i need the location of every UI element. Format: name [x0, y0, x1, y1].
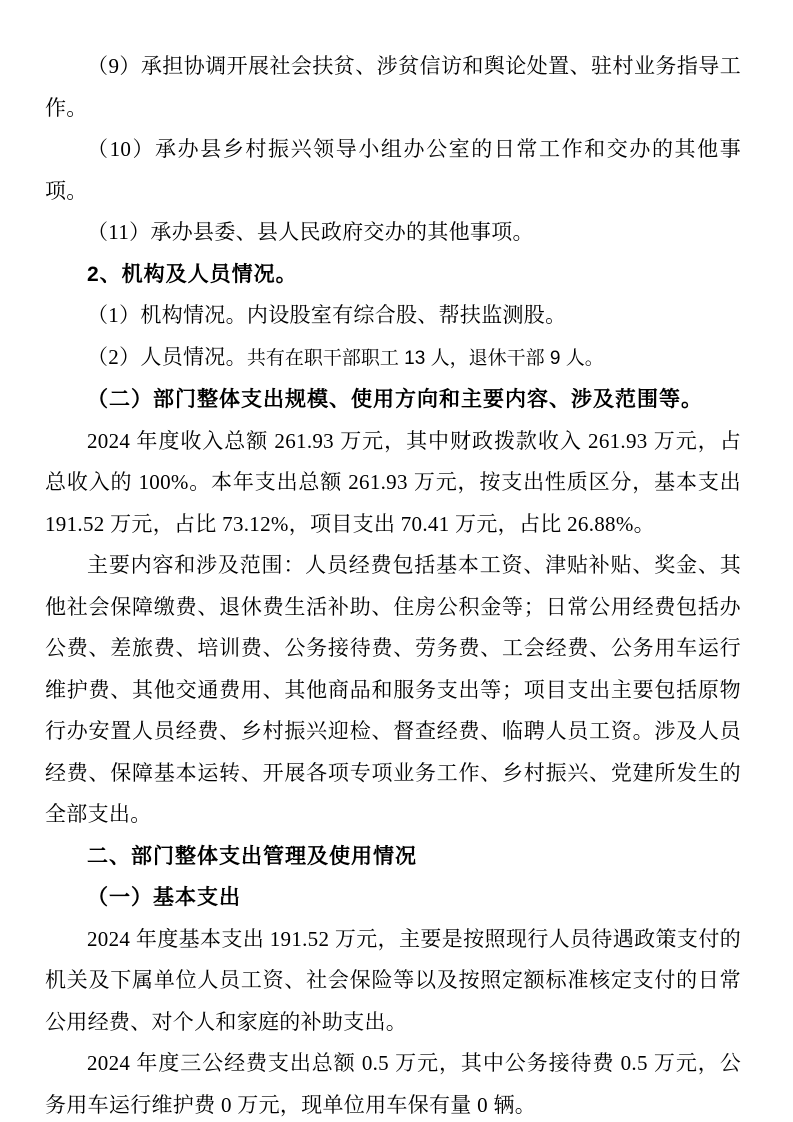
paragraph-detail-run: 共有在职干部职工 13 人，退休干部 9 人。 — [247, 348, 604, 369]
document-body: （9）承担协调开展社会扶贫、涉贫信访和舆论处置、驻村业务指导工作。 （10）承办… — [0, 0, 793, 1122]
para-income-expenditure-totals: 2024 年度收入总额 261.93 万元，其中财政拨款收入 261.93 万元… — [45, 421, 741, 546]
list-item-duty-10: （10）承办县乡村振兴领导小组办公室的日常工作和交办的其他事项。 — [45, 129, 741, 212]
paragraph-lead-run: （2）人员情况。 — [87, 345, 247, 369]
heading-basic-expenditure: （一）基本支出 — [45, 877, 741, 919]
list-item-duty-11: （11）承办县委、县人民政府交办的其他事项。 — [45, 212, 741, 254]
list-item-duty-9: （9）承担协调开展社会扶贫、涉贫信访和舆论处置、驻村业务指导工作。 — [45, 46, 741, 129]
list-item-personnel-situation: （2）人员情况。共有在职干部职工 13 人，退休干部 9 人。 — [45, 337, 741, 380]
document-page: （9）承担协调开展社会扶贫、涉贫信访和舆论处置、驻村业务指导工作。 （10）承办… — [0, 0, 793, 1122]
heading-part-two-management: 二、部门整体支出管理及使用情况 — [45, 836, 741, 878]
heading-expenditure-scale: （二）部门整体支出规模、使用方向和主要内容、涉及范围等。 — [45, 379, 741, 421]
heading-org-personnel: 2、机构及人员情况。 — [45, 254, 741, 296]
para-three-public-funds: 2024 年度三公经费支出总额 0.5 万元，其中公务接待费 0.5 万元，公务… — [45, 1043, 741, 1122]
para-basic-expenditure-detail: 2024 年度基本支出 191.52 万元，主要是按照现行人员待遇政策支付的机关… — [45, 919, 741, 1044]
para-main-content-scope: 主要内容和涉及范围：人员经费包括基本工资、津贴补贴、奖金、其他社会保障缴费、退休… — [45, 545, 741, 836]
list-item-org-situation: （1）机构情况。内设股室有综合股、帮扶监测股。 — [45, 295, 741, 337]
